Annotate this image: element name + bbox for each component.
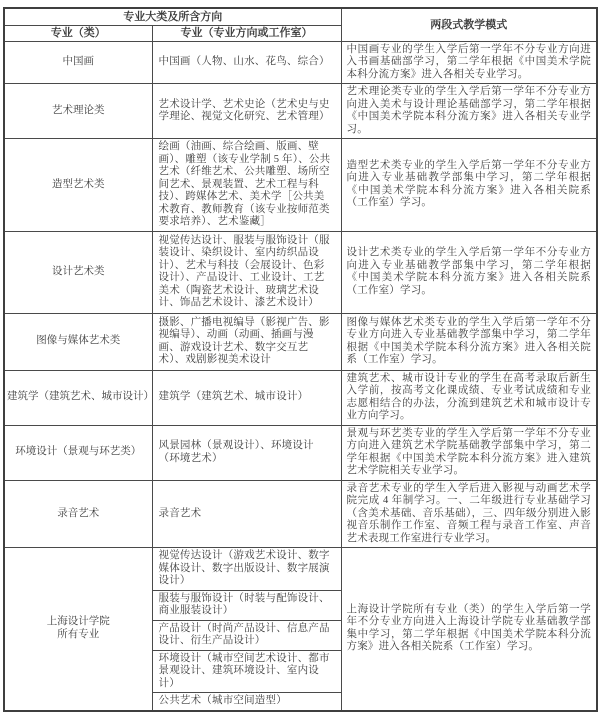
mode-cell: 造型艺术类专业的学生入学后第一学年不分专业方向进入专业基础教学部集中学习，第二学… — [341, 139, 597, 232]
table-row: 环境设计（景观与环艺类） 风景园林（景观设计）、环境设计（环境艺术） 景观与环艺… — [4, 425, 597, 480]
mode-cell: 图像与媒体艺术类专业的学生入学后第一学年不分专业方向进入专业基础教学部集中学习，… — [341, 313, 597, 370]
majors-subcell: 视觉传达设计（游戏艺术设计、数字媒体设计、数字出版设计、数字展演设计） — [152, 548, 341, 591]
table-row: 图像与媒体艺术类 摄影、广播电视编导（影视广告、影视编导）、动画（动画、插画与漫… — [4, 313, 597, 370]
category-cell-shanghai: 上海设计学院 所有专业 — [4, 548, 152, 711]
table-row: 设计艺术类 视觉传达设计、服装与服饰设计（服装设计、染织设计、室内纺织品设计）、… — [4, 231, 597, 313]
mode-cell: 景观与环艺类专业的学生入学后第一学年不分专业方向进入建筑艺术学院基础教学部集中学… — [341, 425, 597, 480]
table-row: 中国画 中国画（人物、山水、花鸟、综合） 中国画专业的学生入学后第一学年不分专业… — [4, 41, 597, 84]
majors-cell: 视觉传达设计、服装与服饰设计（服装设计、染织设计、室内纺织品设计）、艺术与科技（… — [152, 231, 341, 313]
mode-cell: 录音艺术专业的学生入学后进入影视与动画艺术学院完成 4 年制学习。一、二年级进行… — [341, 480, 597, 548]
majors-cell: 建筑学（建筑艺术、城市设计） — [152, 370, 341, 425]
majors-subcell: 产品设计（时尚产品设计、信息产品设计、衍生产品设计） — [152, 620, 341, 650]
two-stage-teaching-mode-table: 专业大类及所含方向 两段式教学模式 专业（类） 专业（专业方向或工作室） 中国画… — [3, 7, 598, 712]
category-cell: 设计艺术类 — [4, 231, 152, 313]
mode-cell: 设计艺术类专业的学生入学后第一学年不分专业方向进入专业基础教学部集中学习，第二学… — [341, 231, 597, 313]
majors-cell: 绘画（油画、综合绘画、版画、壁画）、雕塑（该专业学制 5 年）、公共艺术（纤维艺… — [152, 139, 341, 232]
table-row-group: 上海设计学院 所有专业 视觉传达设计（游戏艺术设计、数字媒体设计、数字出版设计、… — [4, 548, 597, 591]
table-row: 建筑学（建筑艺术、城市设计） 建筑学（建筑艺术、城市设计） 建筑艺术、城市设计专… — [4, 370, 597, 425]
category-line2: 所有专业 — [7, 629, 150, 642]
category-cell: 图像与媒体艺术类 — [4, 313, 152, 370]
table-row: 艺术理论类 艺术设计学、艺术史论（艺术史与史学理论、视觉文化研究、艺术管理） 艺… — [4, 84, 597, 139]
table-row: 造型艺术类 绘画（油画、综合绘画、版画、壁画）、雕塑（该专业学制 5 年）、公共… — [4, 139, 597, 232]
majors-cell: 摄影、广播电视编导（影视广告、影视编导）、动画（动画、插画与漫画、游戏设计艺术、… — [152, 313, 341, 370]
mode-cell-shanghai: 上海设计学院所有专业（类）的学生入学后第一学年不分专业方向进入上海设计学院专业基… — [341, 548, 597, 711]
majors-cell: 艺术设计学、艺术史论（艺术史与史学理论、视觉文化研究、艺术管理） — [152, 84, 341, 139]
majors-subcell: 环境设计（城市空间艺术设计、都市景观设计、建筑环境设计、室内设计） — [152, 650, 341, 693]
majors-cell: 录音艺术 — [152, 480, 341, 548]
majors-subcell: 公共艺术（城市空间造型） — [152, 693, 341, 711]
category-cell: 录音艺术 — [4, 480, 152, 548]
mode-cell: 中国画专业的学生入学后第一学年不分专业方向进入书画基础部学习，第二学年根据《中国… — [341, 41, 597, 84]
category-cell: 艺术理论类 — [4, 84, 152, 139]
header-category: 专业（类） — [4, 25, 152, 41]
majors-cell: 风景园林（景观设计）、环境设计（环境艺术） — [152, 425, 341, 480]
header-major-group: 专业大类及所含方向 — [4, 8, 341, 25]
mode-cell: 艺术理论类专业的学生入学后第一学年不分专业方向进入美术与设计理论基础部学习，第二… — [341, 84, 597, 139]
category-cell: 造型艺术类 — [4, 139, 152, 232]
mode-cell: 建筑艺术、城市设计专业的学生在高考录取后新生入学前，按高考文化课成绩、专业考试成… — [341, 370, 597, 425]
category-cell: 建筑学（建筑艺术、城市设计） — [4, 370, 152, 425]
majors-subcell: 服装与服饰设计（时装与配饰设计、商业服装设计） — [152, 590, 341, 620]
table-row: 录音艺术 录音艺术 录音艺术专业的学生入学后进入影视与动画艺术学院完成 4 年制… — [4, 480, 597, 548]
majors-cell: 中国画（人物、山水、花鸟、综合） — [152, 41, 341, 84]
category-cell: 环境设计（景观与环艺类） — [4, 425, 152, 480]
header-teaching-mode: 两段式教学模式 — [341, 8, 597, 41]
header-major: 专业（专业方向或工作室） — [152, 25, 341, 41]
category-cell: 中国画 — [4, 41, 152, 84]
category-line1: 上海设计学院 — [7, 616, 150, 629]
